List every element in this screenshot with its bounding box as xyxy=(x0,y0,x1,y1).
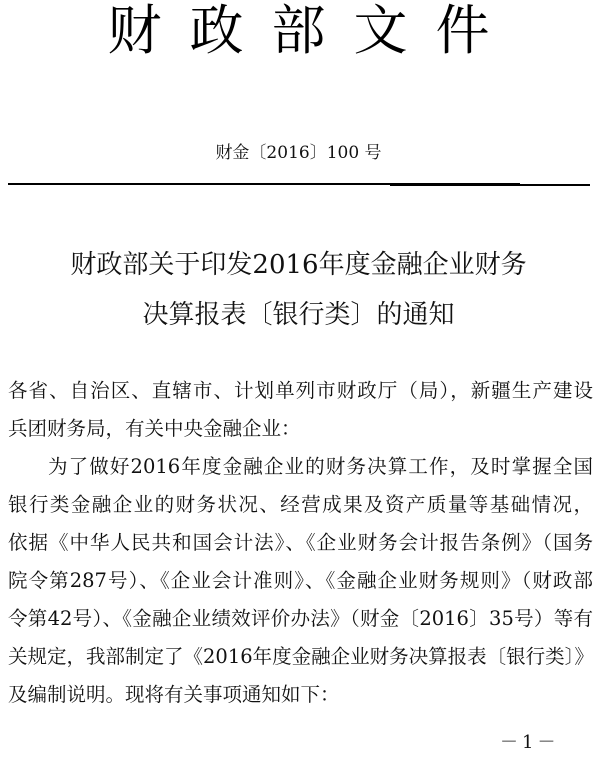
paragraph-line: 及编制说明。现将有关事项通知如下： xyxy=(8,682,593,708)
document-number: 财金〔2016〕100 号 xyxy=(0,142,597,164)
paragraph-line: 为了做好2016年度金融企业的财务决算工作，及时掌握全国 xyxy=(8,454,593,480)
issuing-authority-title: 财政部文件 xyxy=(0,0,597,62)
notice-title-line-2: 决算报表〔银行类〕的通知 xyxy=(0,298,597,332)
paragraph-line: 银行类金融企业的财务状况、经营成果及资产质量等基础情况， xyxy=(8,492,593,518)
page-number: －1－ xyxy=(500,732,559,754)
paragraph-line: 依据《中华人民共和国会计法》、《企业财务会计报告条例》（国务 xyxy=(8,530,593,556)
addressee-line-2: 兵团财务局，有关中央金融企业： xyxy=(8,416,593,442)
addressee-line-1: 各省、自治区、直辖市、计划单列市财政厅（局），新疆生产建设 xyxy=(8,378,593,404)
paragraph-line: 关规定，我部制定了《2016年度金融企业财务决算报表〔银行类〕》 xyxy=(8,644,593,670)
paragraph-line: 院令第287号）、《企业会计准则》、《金融企业财务规则》（财政部 xyxy=(8,568,593,594)
header-divider-right xyxy=(390,184,590,186)
paragraph-line: 令第42号）、《金融企业绩效评价办法》（财金〔2016〕35号）等有 xyxy=(8,606,593,632)
notice-title-line-1: 财政部关于印发2016年度金融企业财务 xyxy=(0,248,597,282)
